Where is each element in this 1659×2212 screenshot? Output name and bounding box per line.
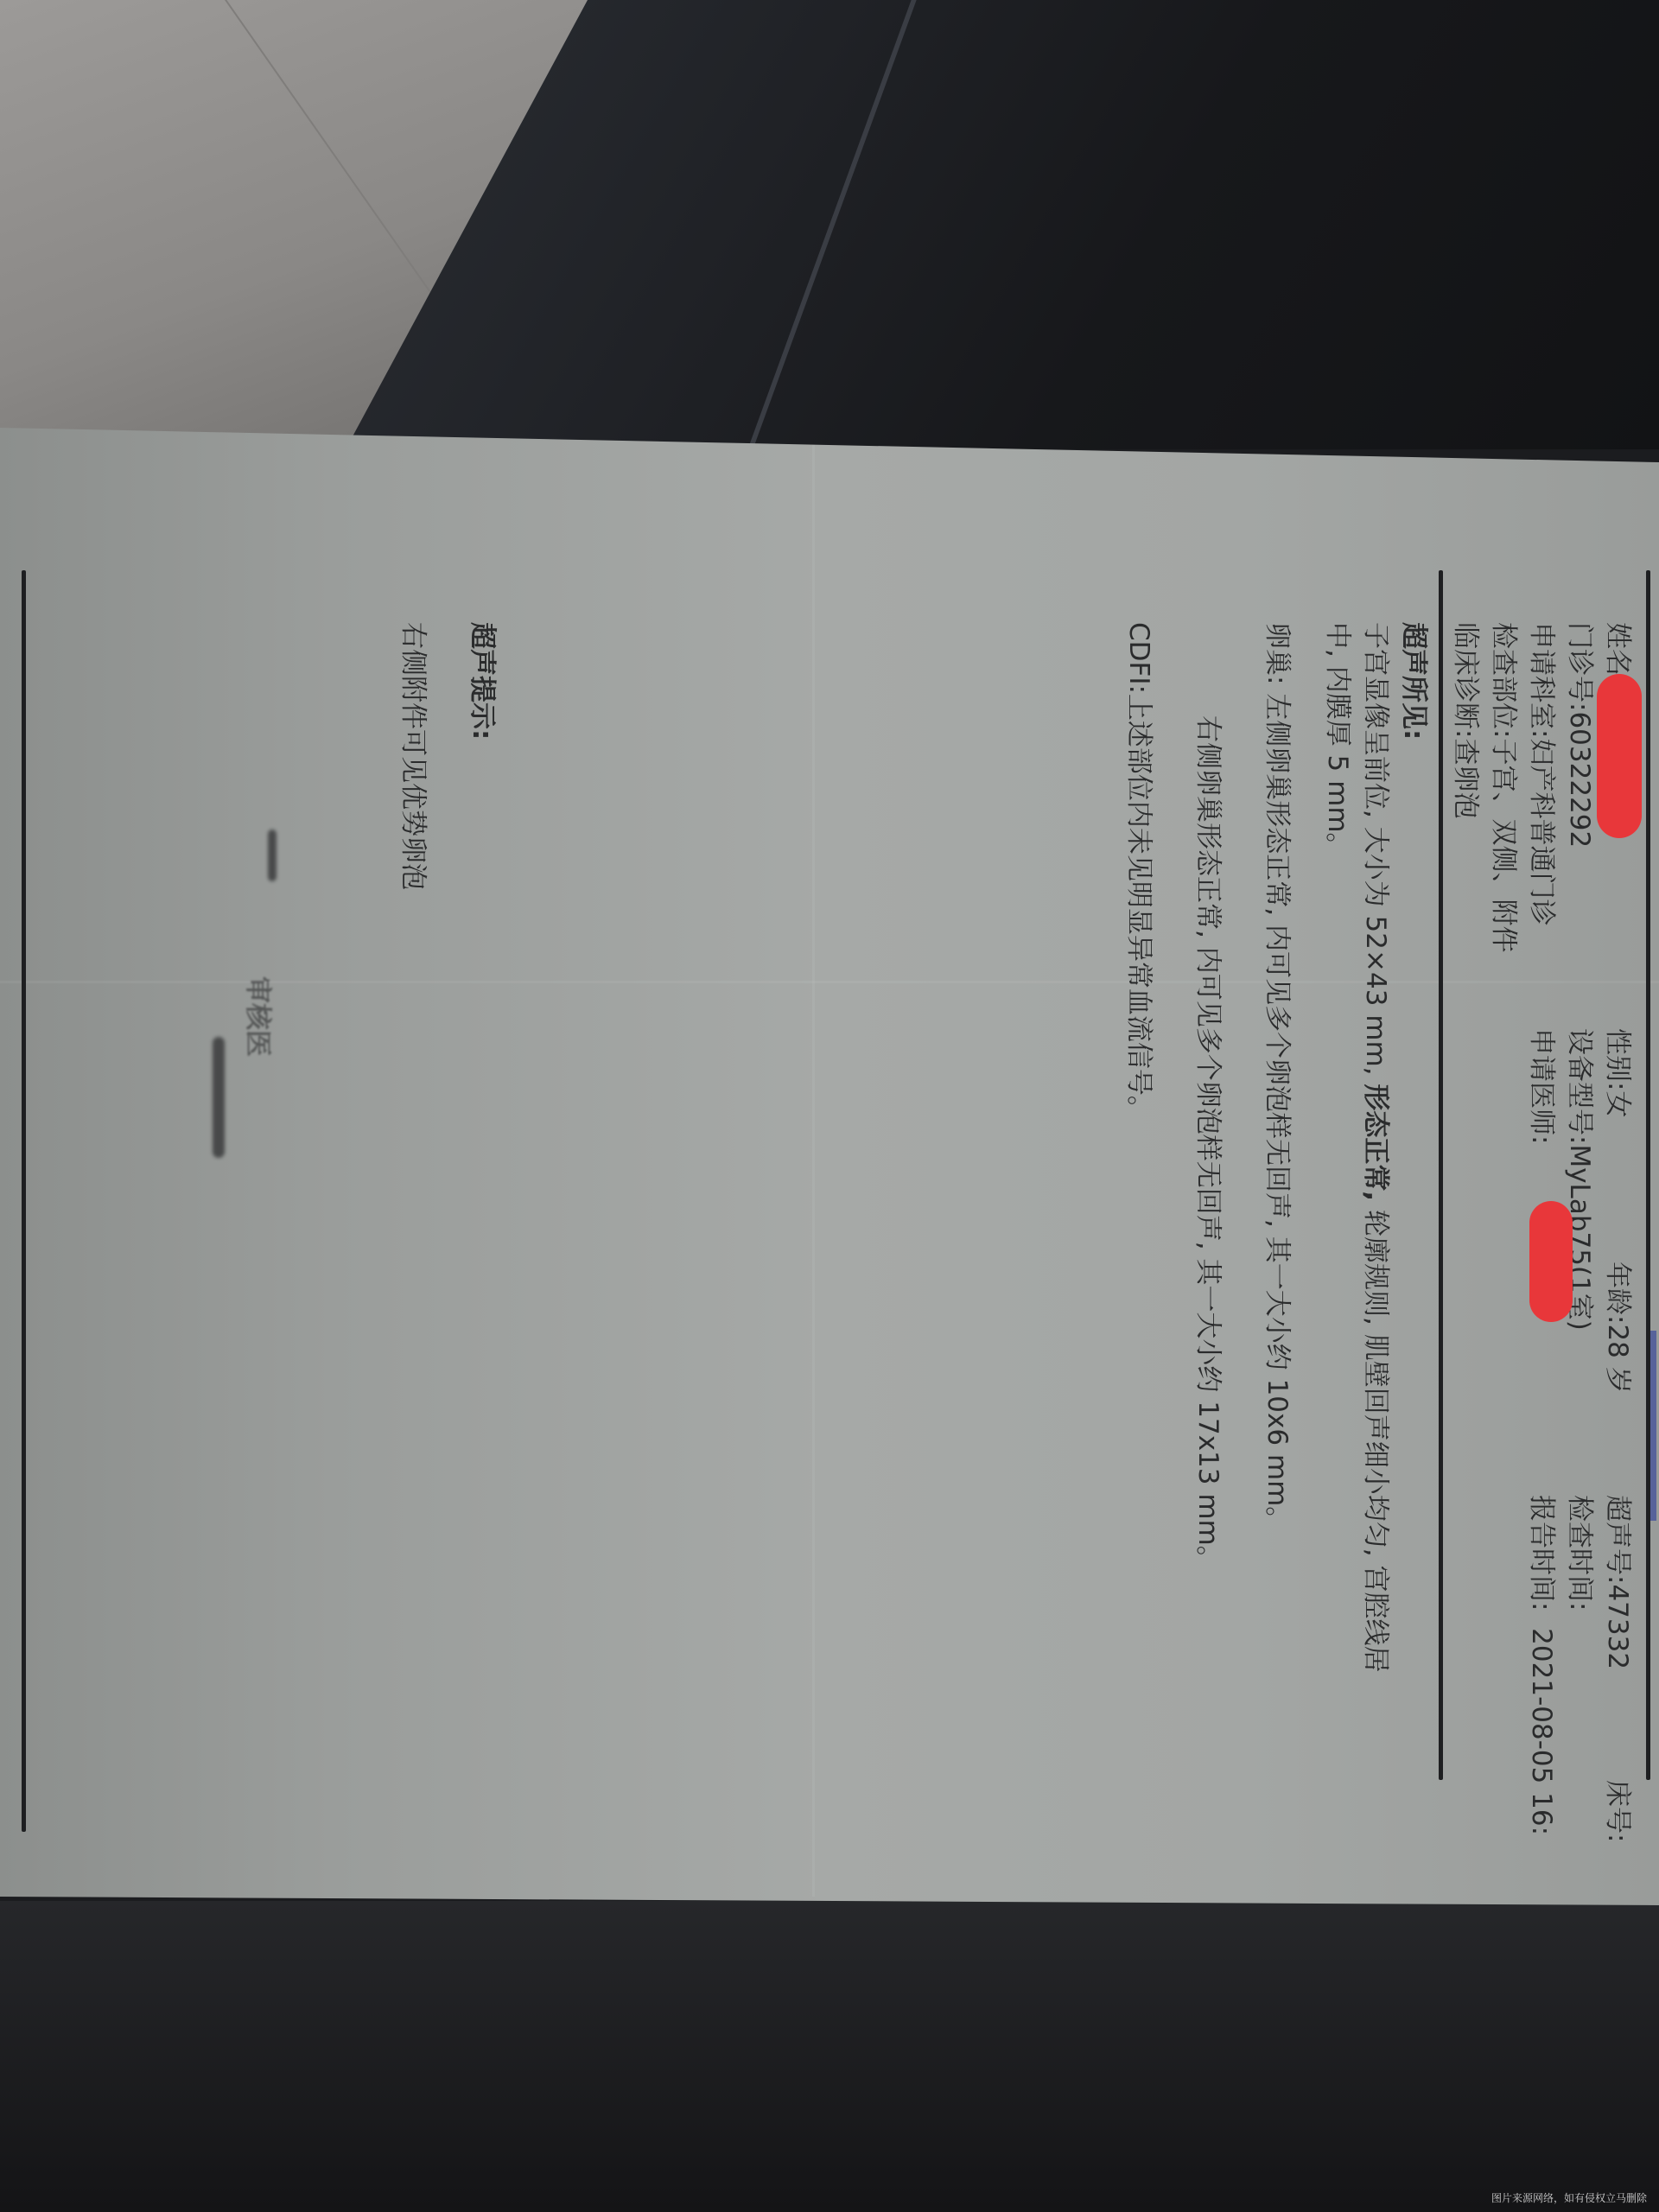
name-redaction [1597, 674, 1642, 838]
outpatient-no-field: 门诊号:60322292 [1560, 622, 1599, 848]
exam-part-field: 检查部位:子宫、双侧、附件 [1484, 622, 1522, 952]
uterus-finding-line2: 中, 内膜厚 5 mm。 [1319, 622, 1357, 860]
findings-top-rule [1439, 570, 1443, 1780]
report-time-field: 报告时间: 2021-08-05 16: [1522, 1495, 1560, 1835]
bed-no-field: 床号: [1599, 1780, 1637, 1842]
cdfi-finding: CDFI:上述部位内未见明显异常血流信号。 [1120, 622, 1158, 1122]
conclusion-title: 超声提示: [463, 622, 501, 740]
right-ovary-finding: 右侧卵巢形态正常, 内可见多个卵泡样无回声, 其一大小约 17x13 mm。 [1189, 715, 1227, 1573]
ultrasound-report: 姓名: 性别:女 年龄:28 岁 超声号:47332 床号: 门诊号:60322… [0, 570, 1659, 1918]
findings-title: 超声所见: [1395, 622, 1433, 740]
doctor-redaction [1529, 1201, 1573, 1322]
gender-field: 性别:女 [1599, 1028, 1637, 1117]
header-top-rule [1646, 570, 1650, 1780]
left-ovary-finding: 卵巢: 左侧卵巢形态正常, 内可见多个卵泡样无回声, 其一大小约 10x6 mm… [1258, 622, 1296, 1533]
dept-field: 申请科室:妇产科普通门诊 [1522, 622, 1560, 925]
uterus-finding-line1: 子宫显像呈前位, 大小为 52×43 mm, 形态正常, 轮廓规则, 肌壁回声细… [1357, 622, 1395, 1672]
clinical-dx-field: 临床诊断:查卵泡 [1446, 622, 1484, 818]
faded-print [213, 1037, 225, 1158]
ultrasound-no-field: 超声号:47332 [1599, 1495, 1637, 1669]
watermark: 图片来源网络，如有侵权立马删除 [1491, 2190, 1647, 2205]
conclusion-text: 右侧附件可见优势卵泡 [394, 622, 432, 890]
age-field: 年龄:28 岁 [1599, 1262, 1637, 1394]
table-edge [747, 0, 916, 449]
exam-time-field: 检查时间: [1560, 1495, 1599, 1611]
footer-rule [22, 570, 26, 1832]
faded-print [268, 829, 276, 881]
bottom-dark-surface [0, 1901, 1659, 2212]
doctor-field: 申请医师: [1522, 1028, 1560, 1144]
signature-fragment: 审核医 [238, 976, 276, 1057]
